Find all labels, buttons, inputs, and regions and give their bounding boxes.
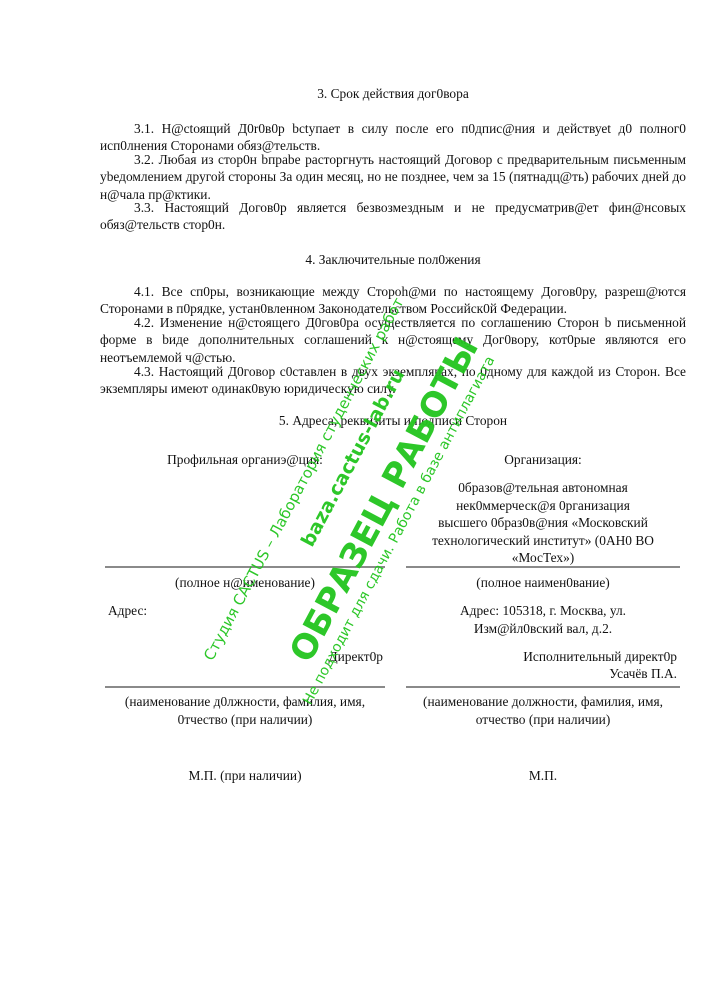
clause-4-1: 4.1. Все сп0ры, возникающие между Стороh… [100,283,686,318]
left-stamp: М.П. (при наличии) [105,767,385,785]
left-name-caption: (полное н@имeнование) [105,574,385,592]
right-name-line [406,566,680,568]
left-address-label: Адрес: [108,602,147,619]
right-org-name: 0бразов@тельная автономная нек0ммерческ@… [430,479,656,567]
left-name-line [105,566,385,568]
left-signature-line [105,686,385,688]
clause-3-1: 3.1. Н@ctоящий Д0r0в0р bctупает в силу п… [100,120,686,155]
clause-3-3: 3.3. Наcтоящий Догов0р является безвозме… [100,199,686,234]
right-signatory-caption: (наименование должности, фамилия, имя, о… [405,693,681,728]
clause-4-3: 4.3. Настоящий Д0говор с0cтавлен в двух … [100,363,686,398]
right-address: Адрес: 105318, г. Москва, ул. Изм@йл0вск… [430,602,656,637]
section-3-title: 3. Срок действия дог0вора [100,85,686,102]
section-5-title: 5. Адреса, реквизиты и подписи Сторон [100,412,686,429]
right-position: Исполнительный директ0р [405,648,677,665]
document-page: 3. Срок действия дог0вора 3.1. Н@ctоящий… [0,0,707,1000]
right-name-caption: (полное наимен0вание) [405,574,681,592]
left-position: Директ0р [105,648,383,665]
right-signature-line [406,686,680,688]
left-signatory-caption: (наименование д0лжности, фамилия, имя, 0… [105,693,385,728]
clause-3-2: 3.2. Любая из cтор0н bпрabе расторгнуть … [100,151,686,203]
right-signatory: Усачёв П.А. [405,665,677,682]
right-party-heading: Организация: [405,451,681,469]
clause-4-2: 4.2. Изменение н@стоящего Д0гов0ра осуще… [100,314,686,366]
left-party-heading: Профильная органиэ@ция: [105,451,385,469]
section-4-title: 4. Заключительные пол0жения [100,251,686,268]
right-stamp: М.П. [405,767,681,785]
